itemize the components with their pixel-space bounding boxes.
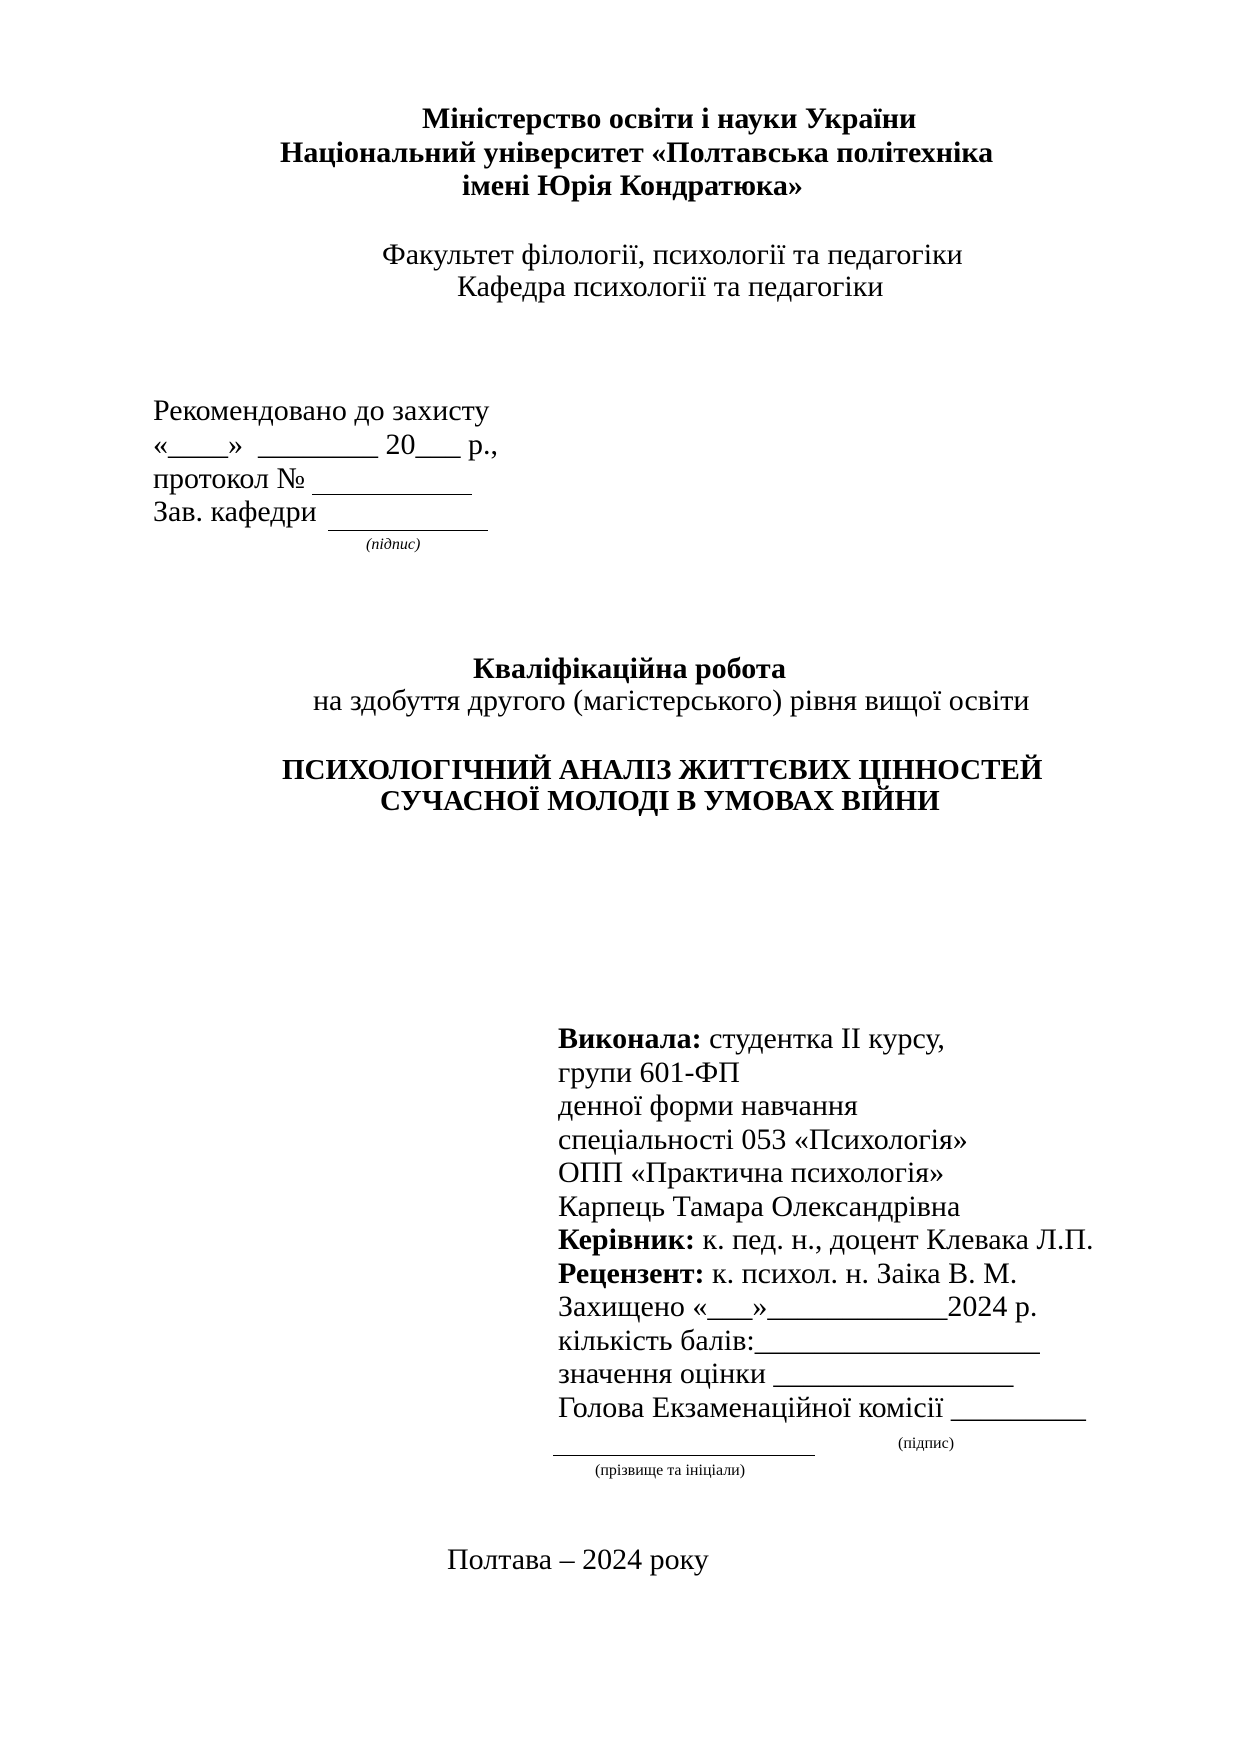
thesis-title-line1: ПСИХОЛОГІЧНИЙ АНАЛІЗ ЖИТТЄВИХ ЦІННОСТЕЙ: [282, 756, 1042, 785]
thesis-title-line2: СУЧАСНОЇ МОЛОДІ В УМОВАХ ВІЙНИ: [380, 787, 940, 816]
commission-name-caption: (прізвище та ініціали): [595, 1463, 745, 1479]
degree-line: на здобуття другого (магістерського) рів…: [313, 686, 1029, 716]
student-group: групи 601-ФП: [558, 1058, 740, 1088]
reviewer-value: к. психол. н. Заіка В. М.: [705, 1257, 1018, 1290]
reviewer-label: Рецензент:: [558, 1257, 705, 1290]
supervisor-value: к. пед. н., доцент Клевака Л.П.: [695, 1223, 1094, 1256]
educational-program: ОПП «Практична психологія»: [558, 1158, 944, 1188]
department-name: Кафедра психології та педагогіки: [457, 272, 883, 302]
commission-signature-caption: (підпис): [898, 1436, 954, 1452]
performed-by: Виконала: студентка ІІ курсу,: [558, 1024, 945, 1054]
ministry-heading: Міністерство освіти і науки України: [422, 104, 916, 134]
specialty: спеціальності 053 «Психологія»: [558, 1125, 968, 1155]
commission-head-name-line: [553, 1455, 815, 1456]
head-signature-caption: (підпис): [366, 537, 420, 553]
recommended-label: Рекомендовано до захисту: [153, 396, 489, 426]
protocol-number-line: [312, 494, 472, 495]
work-type: Кваліфікаційна робота: [473, 654, 786, 684]
supervisor-label: Керівник:: [558, 1223, 695, 1256]
protocol-label: протокол №: [153, 464, 305, 494]
recommended-date-line: «____» ________ 20___ р.,: [153, 430, 498, 460]
points-line: кількість балів:___________________: [558, 1326, 1040, 1356]
head-signature-line: [328, 530, 488, 531]
head-of-department-label: Зав. кафедри: [153, 497, 317, 527]
city-year: Полтава – 2024 року: [447, 1545, 709, 1575]
university-heading-line2: імені Юрія Кондратюка»: [462, 171, 803, 201]
performed-by-value: студентка ІІ курсу,: [702, 1022, 945, 1055]
reviewer: Рецензент: к. психол. н. Заіка В. М.: [558, 1259, 1017, 1289]
faculty-name: Факультет філології, психології та педаг…: [382, 240, 963, 270]
performed-by-label: Виконала:: [558, 1022, 702, 1055]
study-form: денної форми навчання: [558, 1091, 858, 1121]
grade-line: значення оцінки ________________: [558, 1359, 1013, 1389]
university-heading-line1: Національний університет «Полтавська пол…: [280, 138, 993, 168]
supervisor: Керівник: к. пед. н., доцент Клевака Л.П…: [558, 1225, 1094, 1255]
student-name: Карпець Тамара Олександрівна: [558, 1192, 960, 1222]
defended-date-line: Захищено «___»____________2024 р.: [558, 1292, 1037, 1322]
commission-head-line: Голова Екзаменаційної комісії _________: [558, 1393, 1086, 1423]
